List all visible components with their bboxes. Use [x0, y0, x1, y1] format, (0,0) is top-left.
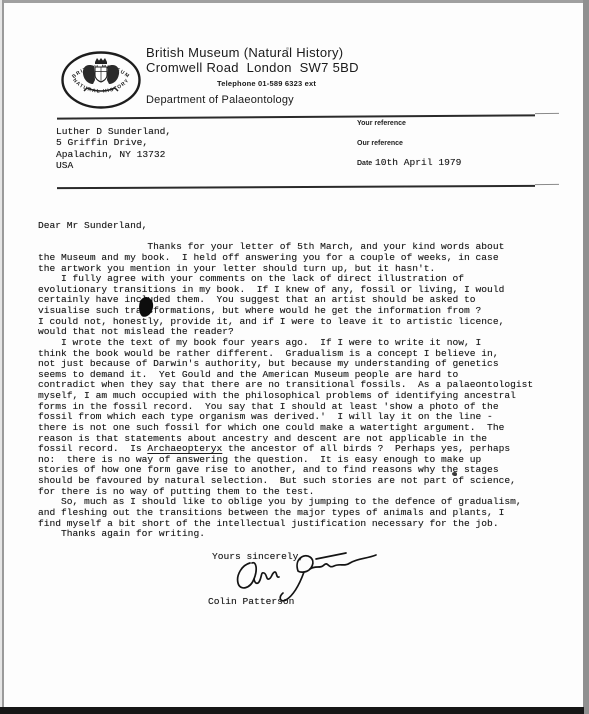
- date-value: 10th April 1979: [375, 157, 461, 168]
- horizontal-rule-top-tail: [535, 113, 559, 114]
- recipient-line: Apalachin, NY 13732: [56, 149, 171, 160]
- our-reference-label: Our reference: [357, 140, 403, 147]
- body-line: Thanks again for writing.: [38, 529, 583, 540]
- underlined-species-name: Archaeopteryx: [147, 443, 222, 454]
- scan-edge-left: [0, 0, 4, 714]
- your-reference-label: Your reference: [357, 120, 406, 127]
- letter-body: Dear Mr Sunderland, Thanks for your lett…: [38, 221, 583, 540]
- horizontal-rule-top: [57, 114, 535, 119]
- recipient-address: Luther D Sunderland,5 Griffin Drive,Apal…: [56, 126, 171, 172]
- body-line: the Museum and my book. I held off answe…: [38, 253, 583, 264]
- date-label: Date: [357, 160, 372, 167]
- museum-crest-icon: BRITISH MUSEUM NATURAL HISTORY: [60, 50, 142, 110]
- scan-edge-top: [0, 0, 589, 3]
- horizontal-rule-bottom: [57, 185, 535, 189]
- recipient-line: Luther D Sunderland,: [56, 126, 171, 137]
- body-line: I wrote the text of my book four years a…: [38, 338, 583, 349]
- coat-of-arms-icon: [83, 58, 119, 91]
- body-line: and fleshing out the transitions between…: [38, 508, 583, 519]
- org-name: British Museum (Natural History): [146, 45, 343, 60]
- org-telephone: Telephone 01-589 6323 ext: [217, 79, 316, 88]
- horizontal-rule-bottom-tail: [535, 184, 559, 185]
- body-line: Dear Mr Sunderland,: [38, 221, 583, 232]
- scan-edge-bottom: [0, 707, 584, 714]
- scan-edge-right: [583, 0, 589, 714]
- ink-speck: [452, 472, 457, 476]
- body-line: there is not one such fossil for which o…: [38, 423, 583, 434]
- org-address: Cromwell Road London SW7 5BD: [146, 60, 359, 75]
- recipient-line: 5 Griffin Drive,: [56, 137, 171, 148]
- scanned-letter-page: BRITISH MUSEUM NATURAL HISTORY British M…: [0, 0, 589, 714]
- department-name: Department of Palaeontology: [146, 94, 294, 106]
- typed-signature-name: Colin Patterson: [208, 596, 294, 607]
- recipient-line: USA: [56, 160, 171, 171]
